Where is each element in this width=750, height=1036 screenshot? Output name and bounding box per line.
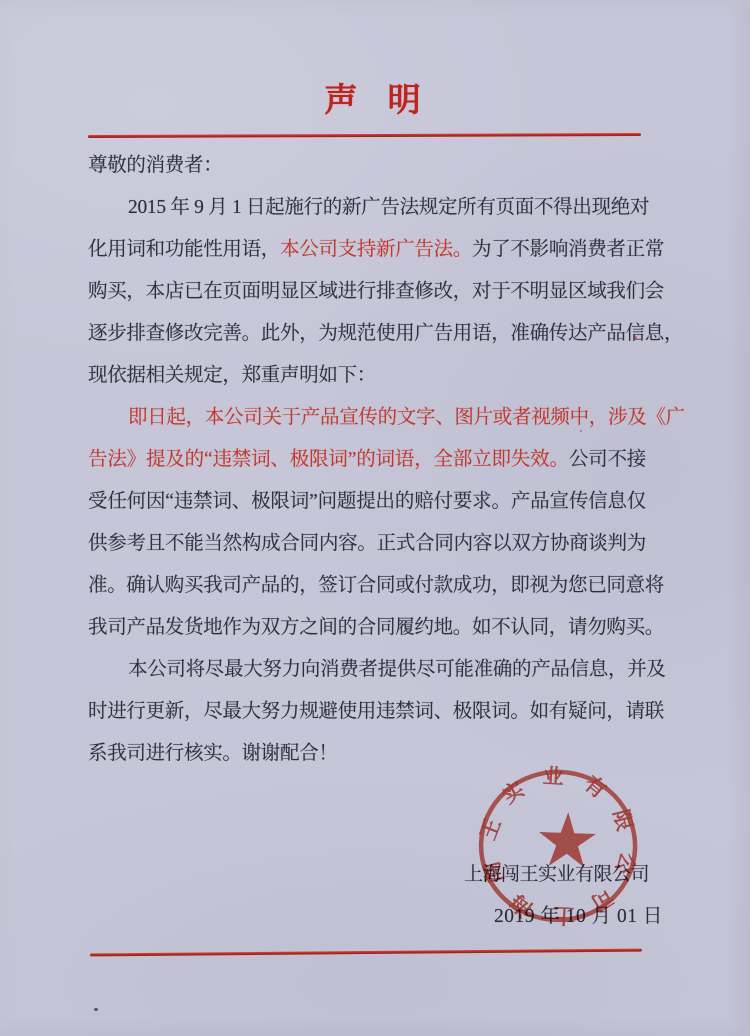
line-text: 我司产品发货地作为双方之间的合同履约地。如不认同，请勿购买。: [88, 617, 664, 638]
line-text-red: 本公司支持新广告法。: [280, 239, 472, 260]
title-rule: [88, 133, 641, 138]
line-text: 购买，本店已在页面明显区域进行排查修改，对于不明显区域我们会: [88, 281, 664, 302]
line-text: 准。确认购买我司产品的，签订合同或付款成功，即视为您已同意将: [88, 575, 664, 596]
line-text-red: 告法》提及的“违禁词、极限词”的词语，全部立即失效。: [88, 449, 569, 470]
document-body: 尊敬的消费者： 2015 年 9 月 1 日起施行的新广告法规定所有页面不得出现…: [88, 145, 646, 775]
scan-speck: [634, 336, 637, 339]
body-line: 现依据相关规定，郑重声明如下：: [88, 355, 646, 397]
body-line: 购买，本店已在页面明显区域进行排查修改，对于不明显区域我们会: [88, 271, 646, 313]
body-line: 我司产品发货地作为双方之间的合同履约地。如不认同，请勿购买。: [88, 607, 646, 649]
body-line: 2015 年 9 月 1 日起施行的新广告法规定所有页面不得出现绝对: [88, 187, 646, 229]
line-text: 化用词和功能性用语，: [88, 239, 280, 260]
line-text: 公司不接: [569, 449, 646, 470]
scan-speck: [580, 430, 582, 432]
greeting: 尊敬的消费者：: [88, 145, 646, 187]
line-text: 时进行更新，尽最大努力规避使用违禁词、极限词。如有疑问，请联: [88, 701, 664, 722]
line-text: 现依据相关规定，郑重声明如下：: [88, 365, 376, 386]
body-line: 时进行更新，尽最大努力规避使用违禁词、极限词。如有疑问，请联: [88, 691, 646, 733]
body-line: 化用词和功能性用语，本公司支持新广告法。为了不影响消费者正常: [88, 229, 646, 271]
line-text-red: 即日起，本公司关于产品宣传的文字、图片或者视频中，涉及《广: [128, 407, 685, 428]
line-text: 2015 年 9 月 1 日起施行的新广告法规定所有页面不得出现绝对: [128, 197, 649, 218]
greeting-text: 尊敬的消费者：: [88, 155, 222, 176]
body-line: 本公司将尽最大努力向消费者提供尽可能准确的产品信息，并及: [88, 649, 646, 691]
scan-speck: [94, 1008, 98, 1011]
line-text: 供参考且不能当然构成合同内容。正式合同内容以双方协商谈判为: [88, 533, 646, 554]
company-seal: 上海闯王实业有限公司: [446, 734, 674, 962]
body-line: 受任何因“违禁词、极限词”问题提出的赔付要求。产品宣传信息仅: [88, 481, 646, 523]
star-icon: [538, 811, 597, 867]
document-page: 声 明 尊敬的消费者： 2015 年 9 月 1 日起施行的新广告法规定所有页面…: [0, 0, 750, 1036]
line-text: 本公司将尽最大努力向消费者提供尽可能准确的产品信息，并及: [128, 659, 666, 680]
line-text: 逐步排查修改完善。此外，为规范使用广告用语，准确传达产品信息，: [88, 323, 683, 344]
body-line: 即日起，本公司关于产品宣传的文字、图片或者视频中，涉及《广: [88, 397, 646, 439]
line-text: 系我司进行核实。谢谢配合！: [88, 743, 338, 764]
body-line: 准。确认购买我司产品的，签订合同或付款成功，即视为您已同意将: [88, 565, 646, 607]
body-line: 逐步排查修改完善。此外，为规范使用广告用语，准确传达产品信息，: [88, 313, 646, 355]
line-text: 受任何因“违禁词、极限词”问题提出的赔付要求。产品宣传信息仅: [88, 491, 646, 512]
page-title: 声 明: [0, 74, 750, 121]
line-text: 为了不影响消费者正常: [472, 239, 664, 260]
body-line: 供参考且不能当然构成合同内容。正式合同内容以双方协商谈判为: [88, 523, 646, 565]
body-line: 告法》提及的“违禁词、极限词”的词语，全部立即失效。公司不接: [88, 439, 646, 481]
